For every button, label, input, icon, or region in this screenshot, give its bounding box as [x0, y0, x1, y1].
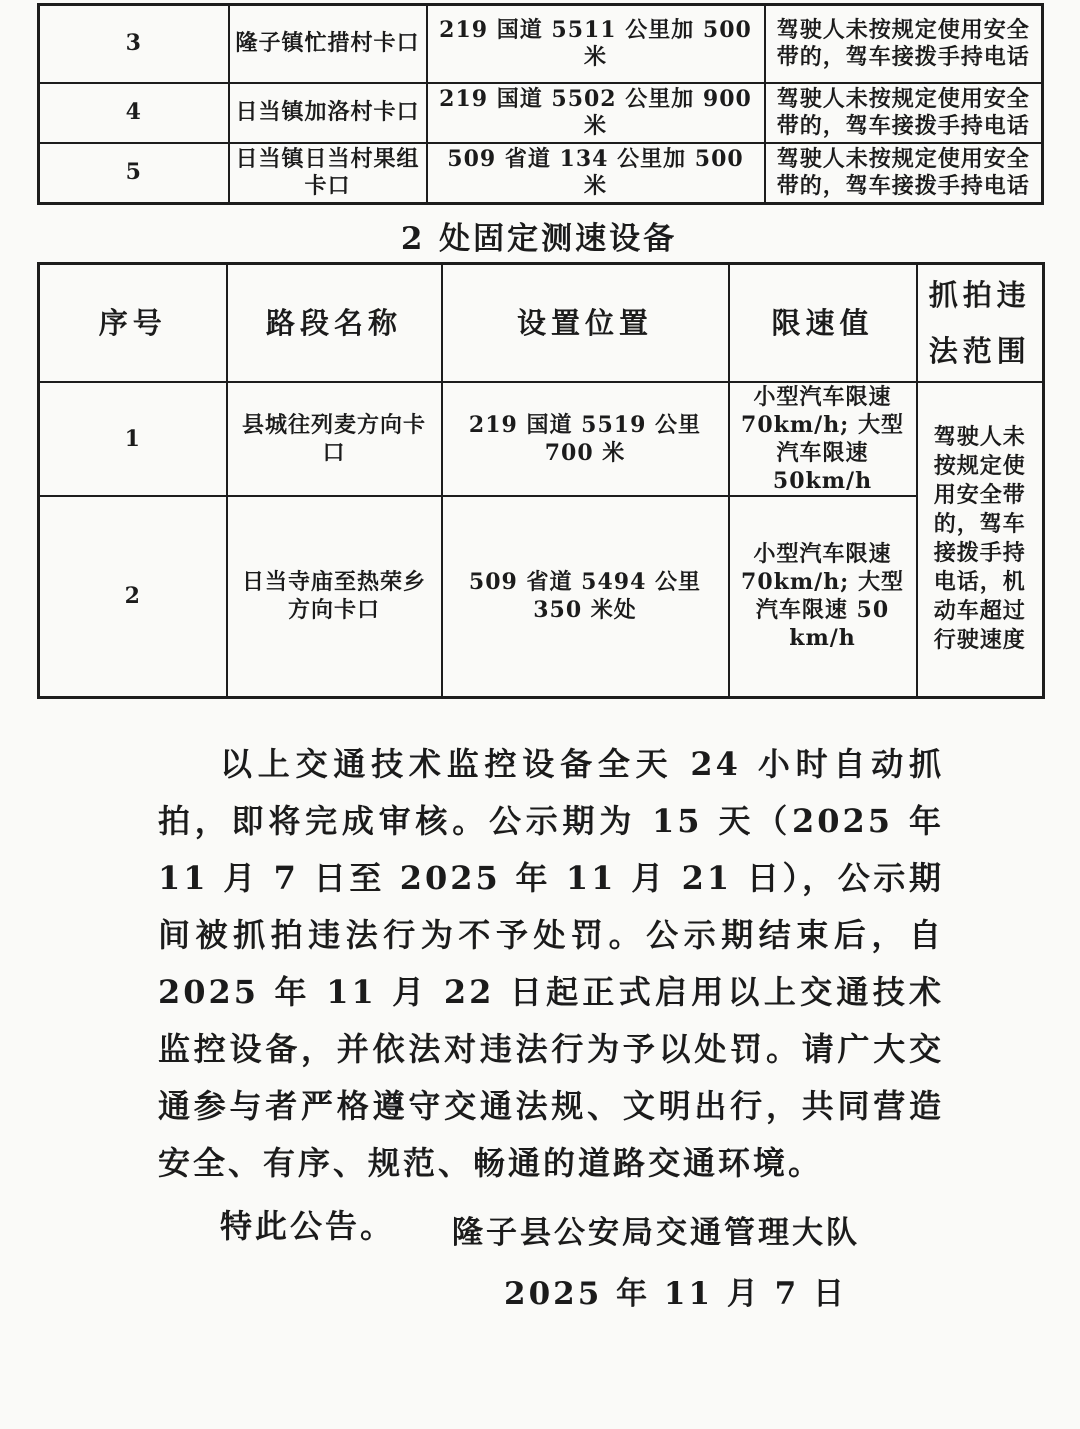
table-row: 2 日当寺庙至热荣乡方向卡口 509 省道 5494 公里 350 米处 小型汽… [39, 496, 1044, 698]
serial-cell: 2 [39, 496, 227, 698]
table-row: 4 日当镇加洛村卡口 219 国道 5502 公里加 900 米 驾驶人未按规定… [39, 83, 1043, 143]
speed-limit-cell: 小型汽车限速 70km/h; 大型汽车限速 50 km/h [729, 496, 917, 698]
serial-cell: 1 [39, 382, 227, 496]
table-header-row: 序号 路段名称 设置位置 限速值 抓拍违法范围 [39, 264, 1044, 382]
location-cell: 509 省道 134 公里加 500 米 [427, 143, 765, 204]
road-name-cell: 日当镇加洛村卡口 [229, 83, 427, 143]
position-header: 设置位置 [442, 264, 729, 382]
road-name-cell: 隆子镇忙措村卡口 [229, 5, 427, 83]
position-cell: 509 省道 5494 公里 350 米处 [442, 496, 729, 698]
violation-cell: 驾驶人未按规定使用安全带的，驾车接拨手持电话 [765, 143, 1043, 204]
checkpoint-table-continuation: 3 隆子镇忙措村卡口 219 国道 5511 公里加 500 米 驾驶人未按规定… [37, 3, 1044, 205]
violation-cell: 驾驶人未按规定使用安全带的，驾车接拨手持电话 [765, 83, 1043, 143]
violation-cell: 驾驶人未按规定使用安全带的，驾车接拨手持电话 [765, 5, 1043, 83]
road-name-cell: 日当寺庙至热荣乡方向卡口 [227, 496, 442, 698]
serial-header: 序号 [39, 264, 227, 382]
serial-cell: 3 [39, 5, 229, 83]
speed-limit-cell: 小型汽车限速 70km/h; 大型汽车限速 50km/h [729, 382, 917, 496]
scanned-announcement-page: 3 隆子镇忙措村卡口 219 国道 5511 公里加 500 米 驾驶人未按规定… [0, 0, 1080, 1429]
location-cell: 219 国道 5511 公里加 500 米 [427, 5, 765, 83]
table-row: 3 隆子镇忙措村卡口 219 国道 5511 公里加 500 米 驾驶人未按规定… [39, 5, 1043, 83]
issue-date: 2025 年 11 月 7 日 [504, 1268, 847, 1313]
serial-cell: 5 [39, 143, 229, 204]
location-cell: 219 国道 5502 公里加 900 米 [427, 83, 765, 143]
announcement-paragraph: 以上交通技术监控设备全天 24 小时自动抓拍，即将完成审核。公示期为 15 天（… [158, 736, 944, 1192]
speed-limit-header: 限速值 [729, 264, 917, 382]
capture-scope-cell: 驾驶人未按规定使用安全带的，驾车接拨手持电话，机动车超过行驶速度 [917, 382, 1044, 698]
announcement-body: 以上交通技术监控设备全天 24 小时自动抓拍，即将完成审核。公示期为 15 天（… [158, 736, 944, 1255]
road-name-cell: 县城往列麦方向卡口 [227, 382, 442, 496]
issuer-signature: 隆子县公安局交通管理大队 [452, 1207, 860, 1252]
road-name-header: 路段名称 [227, 264, 442, 382]
position-cell: 219 国道 5519 公里 700 米 [442, 382, 729, 496]
table-row: 1 县城往列麦方向卡口 219 国道 5519 公里 700 米 小型汽车限速 … [39, 382, 1044, 496]
speed-camera-table: 序号 路段名称 设置位置 限速值 抓拍违法范围 1 县城往列麦方向卡口 219 … [37, 262, 1045, 699]
table-row: 5 日当镇日当村果组卡口 509 省道 134 公里加 500 米 驾驶人未按规… [39, 143, 1043, 204]
serial-cell: 4 [39, 83, 229, 143]
capture-scope-header: 抓拍违法范围 [917, 264, 1044, 382]
road-name-cell: 日当镇日当村果组卡口 [229, 143, 427, 204]
section-title: 2 处固定测速设备 [37, 213, 1041, 258]
